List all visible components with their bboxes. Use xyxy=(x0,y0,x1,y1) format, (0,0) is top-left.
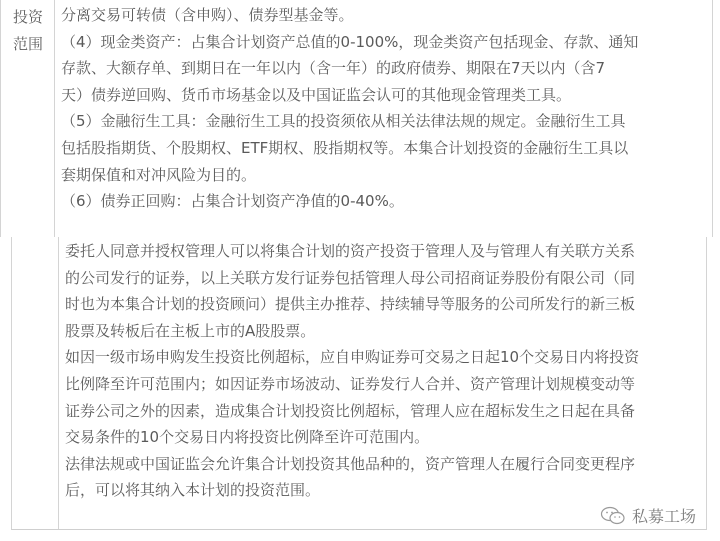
text-line: 如因一级市场申购发生投资比例超标，应自申购证券可交易之日起10个交易日内将投资 xyxy=(65,344,705,371)
text-line: 套期保值和对冲风险为目的。 xyxy=(61,162,709,189)
row-label-cell-empty xyxy=(12,237,59,529)
text-line: （4）现金类资产：占集合计划资产总值的0-100%，现金类资产包括现金、存款、通… xyxy=(61,29,709,56)
text-line: （6）债券正回购：占集合计划资产净值的0-40%。 xyxy=(61,188,709,215)
text-line: 后，可以将其纳入本计划的投资范围。 xyxy=(65,477,705,504)
row-label-line: 范围 xyxy=(13,31,47,58)
text-line: 分离交易可转债（含申购）、债券型基金等。 xyxy=(61,2,709,29)
text-line: 法律法规或中国证监会允许集合计划投资其他品种的，资产管理人在履行合同变更程序 xyxy=(65,451,705,478)
table-fragment-bottom: 委托人同意并授权管理人可以将集合计划的资产投资于管理人及与管理人有关联方关系 的… xyxy=(11,237,707,530)
investment-scope-content-bottom: 委托人同意并授权管理人可以将集合计划的资产投资于管理人及与管理人有关联方关系 的… xyxy=(65,238,705,504)
text-line: 委托人同意并授权管理人可以将集合计划的资产投资于管理人及与管理人有关联方关系 xyxy=(65,238,705,265)
text-line: 证券公司之外的因素，造成集合计划投资比例超标，管理人应在超标发生之日起在具备 xyxy=(65,398,705,425)
text-line: 时也为本集合计划的投资顾问）提供主办推荐、持续辅导等服务的公司所发行的新三板 xyxy=(65,291,705,318)
text-line: 存款、大额存单、到期日在一年以内（含一年）的政府债券、期限在7天以内（含7 xyxy=(61,55,709,82)
watermark-text: 私募工场 xyxy=(632,504,696,527)
row-label-line: 投资 xyxy=(13,4,47,31)
text-line: （5）金融衍生工具：金融衍生工具的投资须依从相关法律法规的规定。金融衍生工具 xyxy=(61,108,709,135)
watermark: 私募工场 xyxy=(600,504,696,527)
text-line: 的公司发行的证券，以上关联方发行证券包括管理人母公司招商证券股份有限公司（同 xyxy=(65,265,705,292)
text-line: 天）债券逆回购、货币市场基金以及中国证监会认可的其他现金管理类工具。 xyxy=(61,82,709,109)
wechat-icon xyxy=(600,506,626,526)
text-line: 包括股指期货、个股期权、ETF期权、股指期权等。本集合计划投资的金融衍生工具以 xyxy=(61,135,709,162)
text-line: 比例降至许可范围内；如因证券市场波动、证券发行人合并、资产管理计划规模变动等 xyxy=(65,371,705,398)
text-line: 交易条件的10个交易日内将投资比例降至许可范围内。 xyxy=(65,424,705,451)
row-label-cell: 投资 范围 xyxy=(0,0,55,237)
row-label: 投资 范围 xyxy=(13,4,47,57)
investment-scope-content-top: 分离交易可转债（含申购）、债券型基金等。 （4）现金类资产：占集合计划资产总值的… xyxy=(61,2,709,215)
text-line: 股票及转板后在主板上市的A股股票。 xyxy=(65,318,705,345)
table-fragment-top: 投资 范围 分离交易可转债（含申购）、债券型基金等。 （4）现金类资产：占集合计… xyxy=(0,0,713,237)
